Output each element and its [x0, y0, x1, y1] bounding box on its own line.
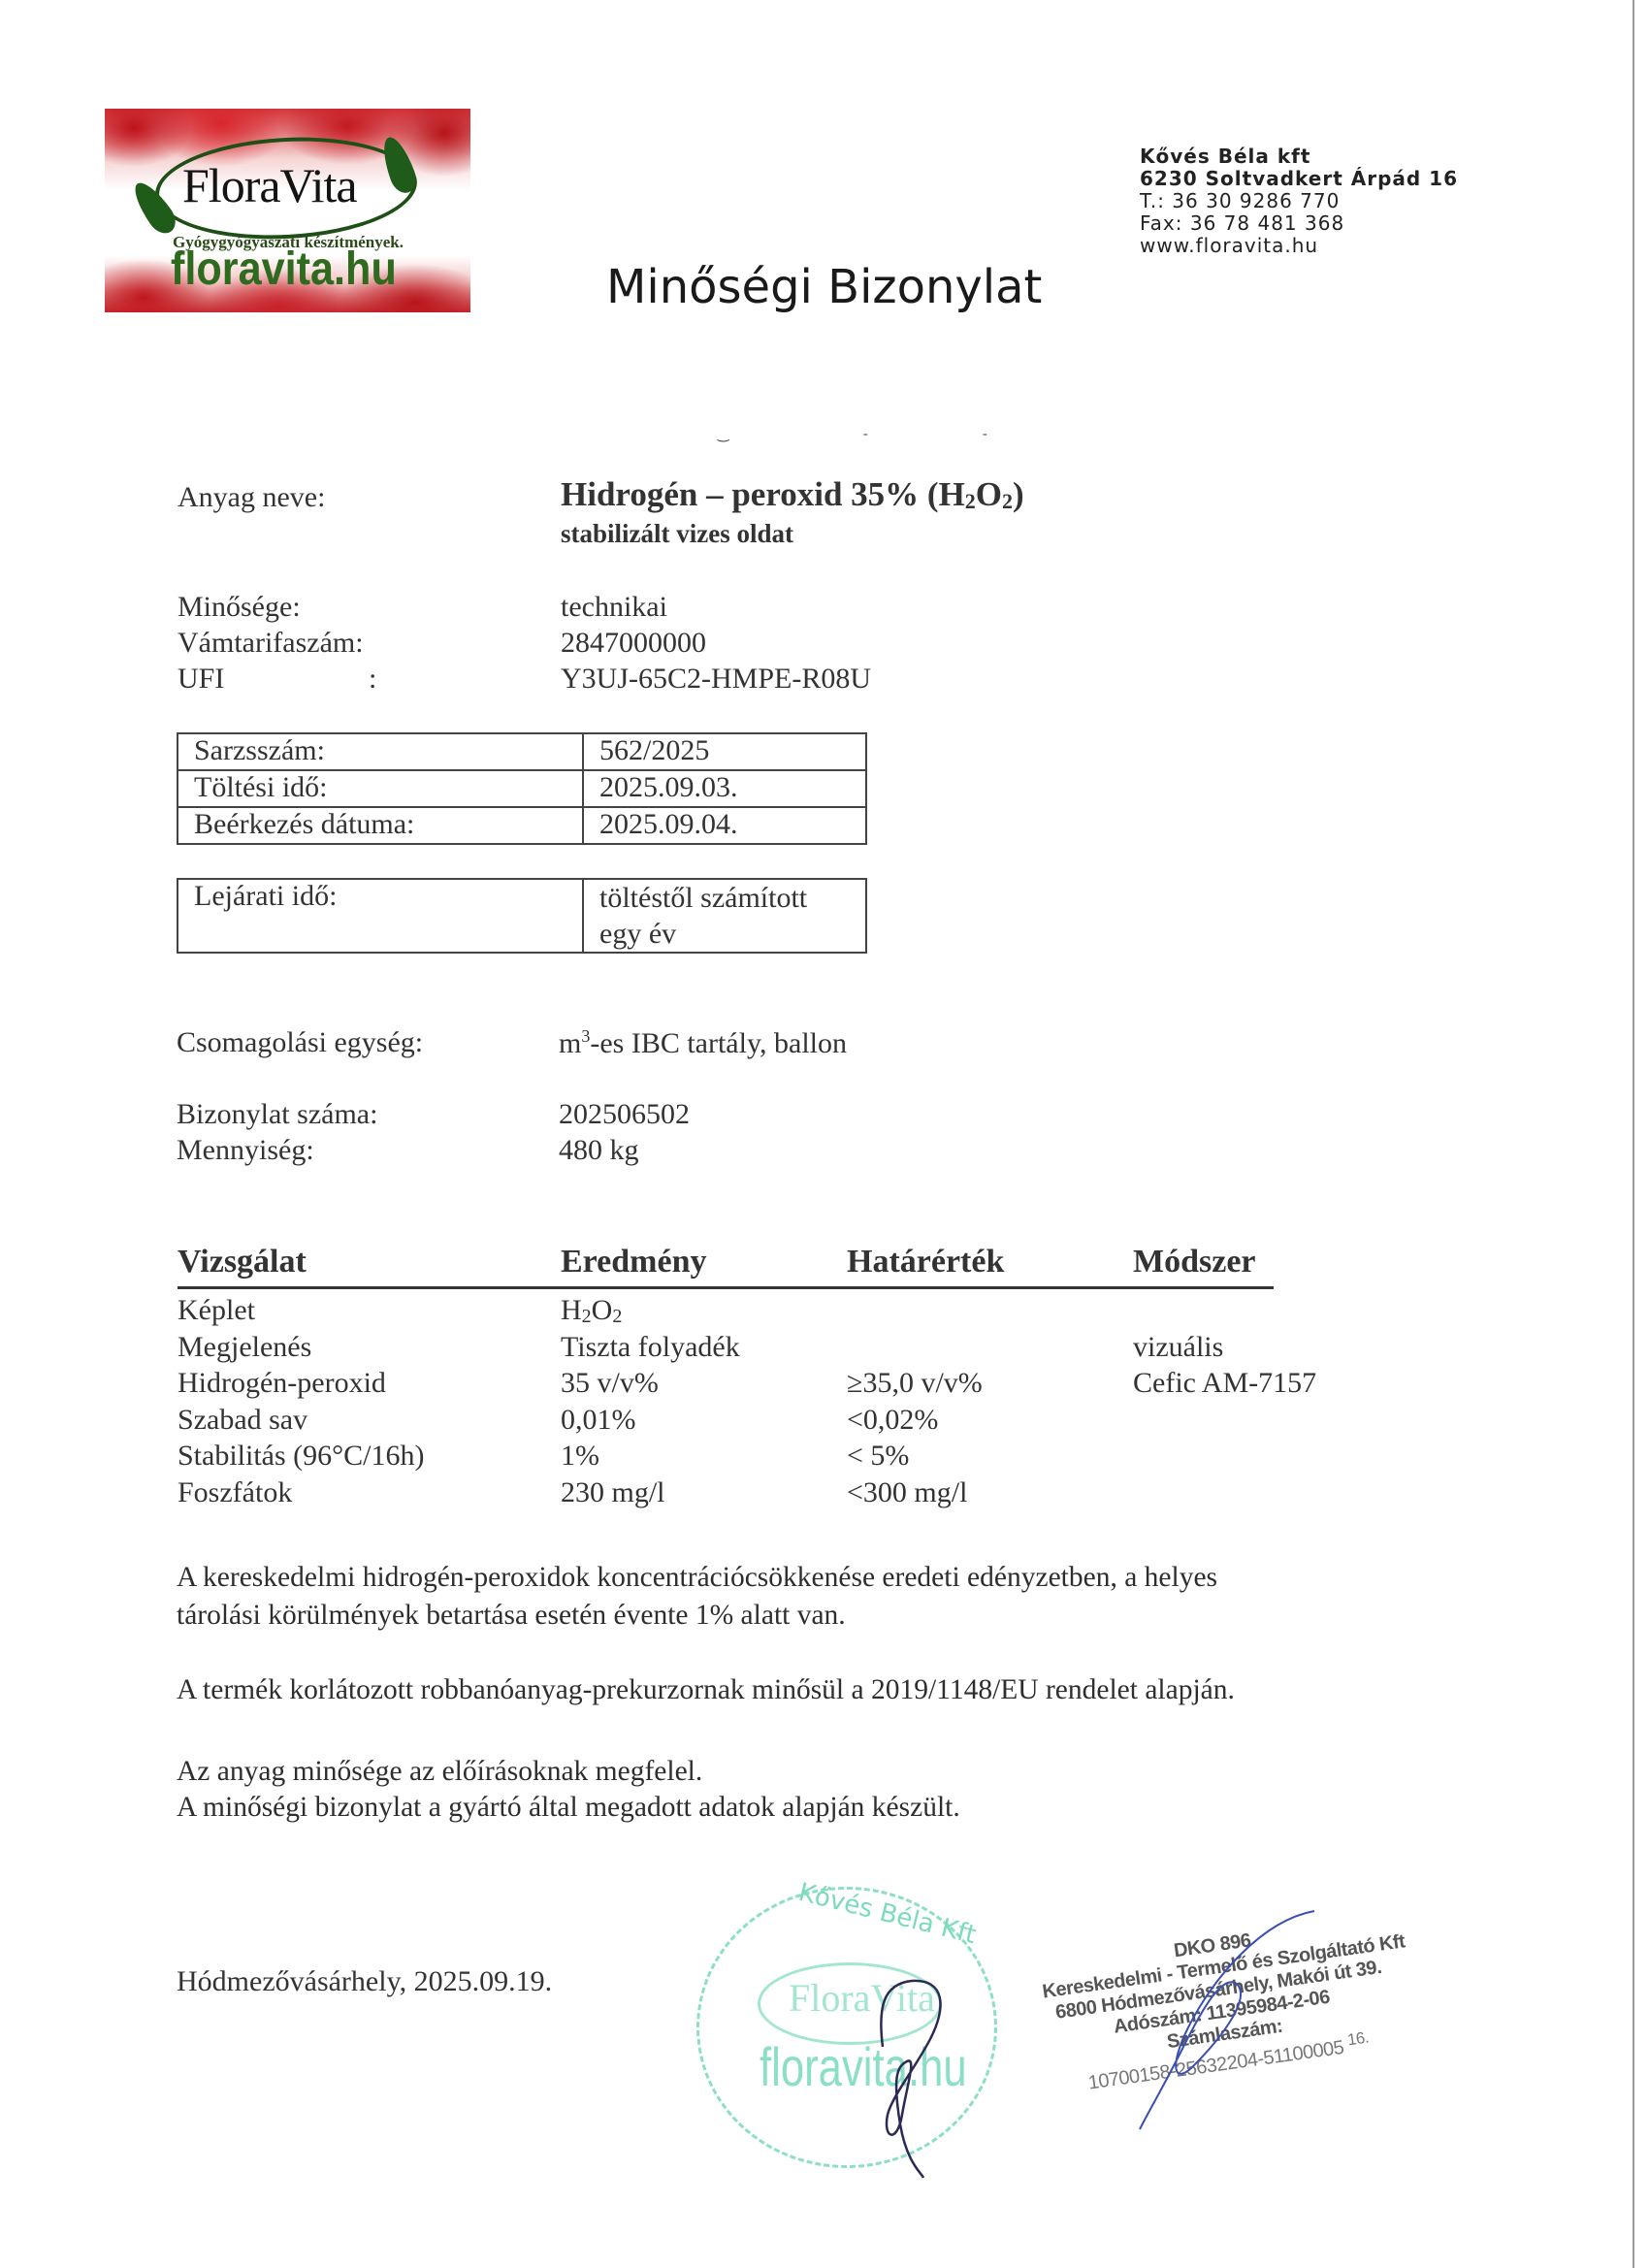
batch-number-value: 562/2025 — [583, 733, 866, 770]
packaging-rest: -es IBC tartály, ballon — [590, 1027, 847, 1059]
certificate-number-label: Bizonylat száma: — [177, 1098, 377, 1131]
company-info: Kővés Béla kft 6230 Soltvadkert Árpád 16… — [1140, 146, 1458, 257]
test-name: Hidrogén-peroxid — [178, 1365, 386, 1401]
tests-table: Vizsgálat Eredmény Határérték Módszer Ké… — [178, 1244, 1274, 1510]
expiry-value-line2: egy év — [599, 916, 865, 952]
page-edge — [1633, 0, 1634, 2268]
table-row: Stabilitás (96°C/16h) 1% < 5% — [178, 1438, 1274, 1474]
expiry-value: töltéstől számított egy év — [583, 879, 866, 953]
ufi-colon: : — [369, 663, 376, 696]
table-row: Töltési idő: 2025.09.03. — [178, 770, 866, 807]
company-fax: Fax: 36 78 481 368 — [1140, 212, 1458, 235]
note-source: A minőségi bizonylat a gyártó által mega… — [177, 1790, 960, 1826]
test-name: Stabilitás (96°C/16h) — [178, 1438, 425, 1474]
expiry-table: Lejárati idő: töltéstől számított egy év — [177, 878, 867, 954]
packaging-sup: 3 — [581, 1026, 590, 1046]
table-row: Szabad sav 0,01% <0,02% — [178, 1402, 1274, 1439]
expiry-label: Lejárati idő: — [178, 879, 583, 953]
test-limit: <0,02% — [847, 1402, 938, 1438]
signature-1 — [854, 1969, 970, 2183]
place-date: Hódmezővásárhely, 2025.09.19. — [177, 1965, 552, 1998]
company-phone: T.: 36 30 9286 770 — [1140, 190, 1458, 212]
tariff-label: Vámtarifaszám: — [178, 627, 364, 660]
quantity-value: 480 kg — [559, 1134, 639, 1167]
logo-url: floravita.hu — [171, 243, 397, 296]
table-row: Lejárati idő: töltéstől számított egy év — [178, 879, 866, 953]
header-test: Vizsgálat — [178, 1244, 307, 1280]
table-row: Hidrogén-peroxid 35 v/v% ≥35,0 v/v% Cefi… — [178, 1365, 1274, 1402]
note-precursor: A termék korlátozott robbanóanyag-prekur… — [177, 1672, 1235, 1708]
test-result: 0,01% — [561, 1402, 636, 1438]
product-name: Hidrogén – peroxid 35% (H2O2) — [561, 475, 1024, 514]
batch-number-label: Sarzsszám: — [178, 733, 583, 770]
test-result: Tiszta folyadék — [561, 1329, 740, 1365]
company-name: Kővés Béla kft — [1140, 146, 1458, 168]
ufi-label: UFI — [178, 663, 224, 696]
test-name: Képlet — [178, 1292, 255, 1328]
test-result: 35 v/v% — [561, 1365, 659, 1401]
header-result: Eredmény — [561, 1244, 706, 1280]
quality-value: technikai — [561, 591, 667, 624]
arrival-date-value: 2025.09.04. — [583, 807, 866, 844]
table-row: Sarzsszám: 562/2025 — [178, 733, 866, 770]
certificate-number-value: 202506502 — [559, 1098, 690, 1131]
test-name: Szabad sav — [178, 1402, 307, 1438]
test-limit: < 5% — [847, 1438, 909, 1474]
tests-header-row: Vizsgálat Eredmény Határérték Módszer — [178, 1244, 1274, 1289]
packaging-value: m3-es IBC tartály, ballon — [559, 1026, 847, 1060]
ufi-value: Y3UJ-65C2-HMPE-R08U — [561, 663, 871, 696]
fill-date-value: 2025.09.03. — [583, 770, 866, 807]
fill-date-label: Töltési idő: — [178, 770, 583, 807]
arrival-date-label: Beérkezés dátuma: — [178, 807, 583, 844]
note-concentration-line2: tárolási körülmények betartása esetén év… — [177, 1598, 846, 1634]
table-row: Foszfátok 230 mg/l <300 mg/l — [178, 1474, 1274, 1511]
packaging-label: Csomagolási egység: — [177, 1026, 423, 1059]
test-method: Cefic AM-7157 — [1133, 1365, 1316, 1401]
table-row: Beérkezés dátuma: 2025.09.04. — [178, 807, 866, 844]
test-limit: ≥35,0 v/v% — [847, 1365, 983, 1401]
logo-brand: FloraVita — [182, 157, 357, 213]
test-result: 230 mg/l — [561, 1474, 665, 1510]
note-compliance: Az anyag minősége az előírásoknak megfel… — [177, 1754, 702, 1790]
test-result: 1% — [561, 1438, 599, 1474]
note-concentration-line1: A kereskedelmi hidrogén-peroxidok koncen… — [177, 1560, 1217, 1596]
company-address: 6230 Soltvadkert Árpád 16 — [1140, 168, 1458, 190]
table-row: Megjelenés Tiszta folyadék vizuális — [178, 1329, 1274, 1366]
company-web: www.floravita.hu — [1140, 235, 1458, 257]
document-title: Minőségi Bizonylat — [606, 260, 1042, 314]
tariff-value: 2847000000 — [561, 627, 706, 660]
expiry-value-line1: töltéstől számított — [599, 880, 865, 916]
stamp-arc-text: Kővés Béla Kft — [795, 1878, 979, 1950]
packaging-unit: m — [559, 1027, 581, 1059]
product-subtitle: stabilizált vizes oldat — [561, 519, 793, 549]
quality-label: Minősége: — [178, 591, 301, 624]
signature-2 — [1096, 1901, 1329, 2134]
test-name: Foszfátok — [178, 1474, 292, 1510]
stamp-suffix: 16. — [1346, 2027, 1370, 2049]
test-limit: <300 mg/l — [847, 1474, 967, 1510]
product-name-label: Anyag neve: — [178, 481, 325, 514]
header-method: Módszer — [1133, 1244, 1256, 1280]
quantity-label: Mennyiség: — [177, 1134, 314, 1167]
test-method: vizuális — [1133, 1329, 1223, 1365]
header-limit: Határérték — [847, 1244, 1004, 1280]
test-name: Megjelenés — [178, 1329, 311, 1365]
batch-table: Sarzsszám: 562/2025 Töltési idő: 2025.09… — [177, 732, 867, 845]
floravita-logo: FloraVita Gyógygyógyászati készítmények.… — [105, 109, 470, 312]
table-row: Képlet H2O2 — [178, 1292, 1274, 1329]
